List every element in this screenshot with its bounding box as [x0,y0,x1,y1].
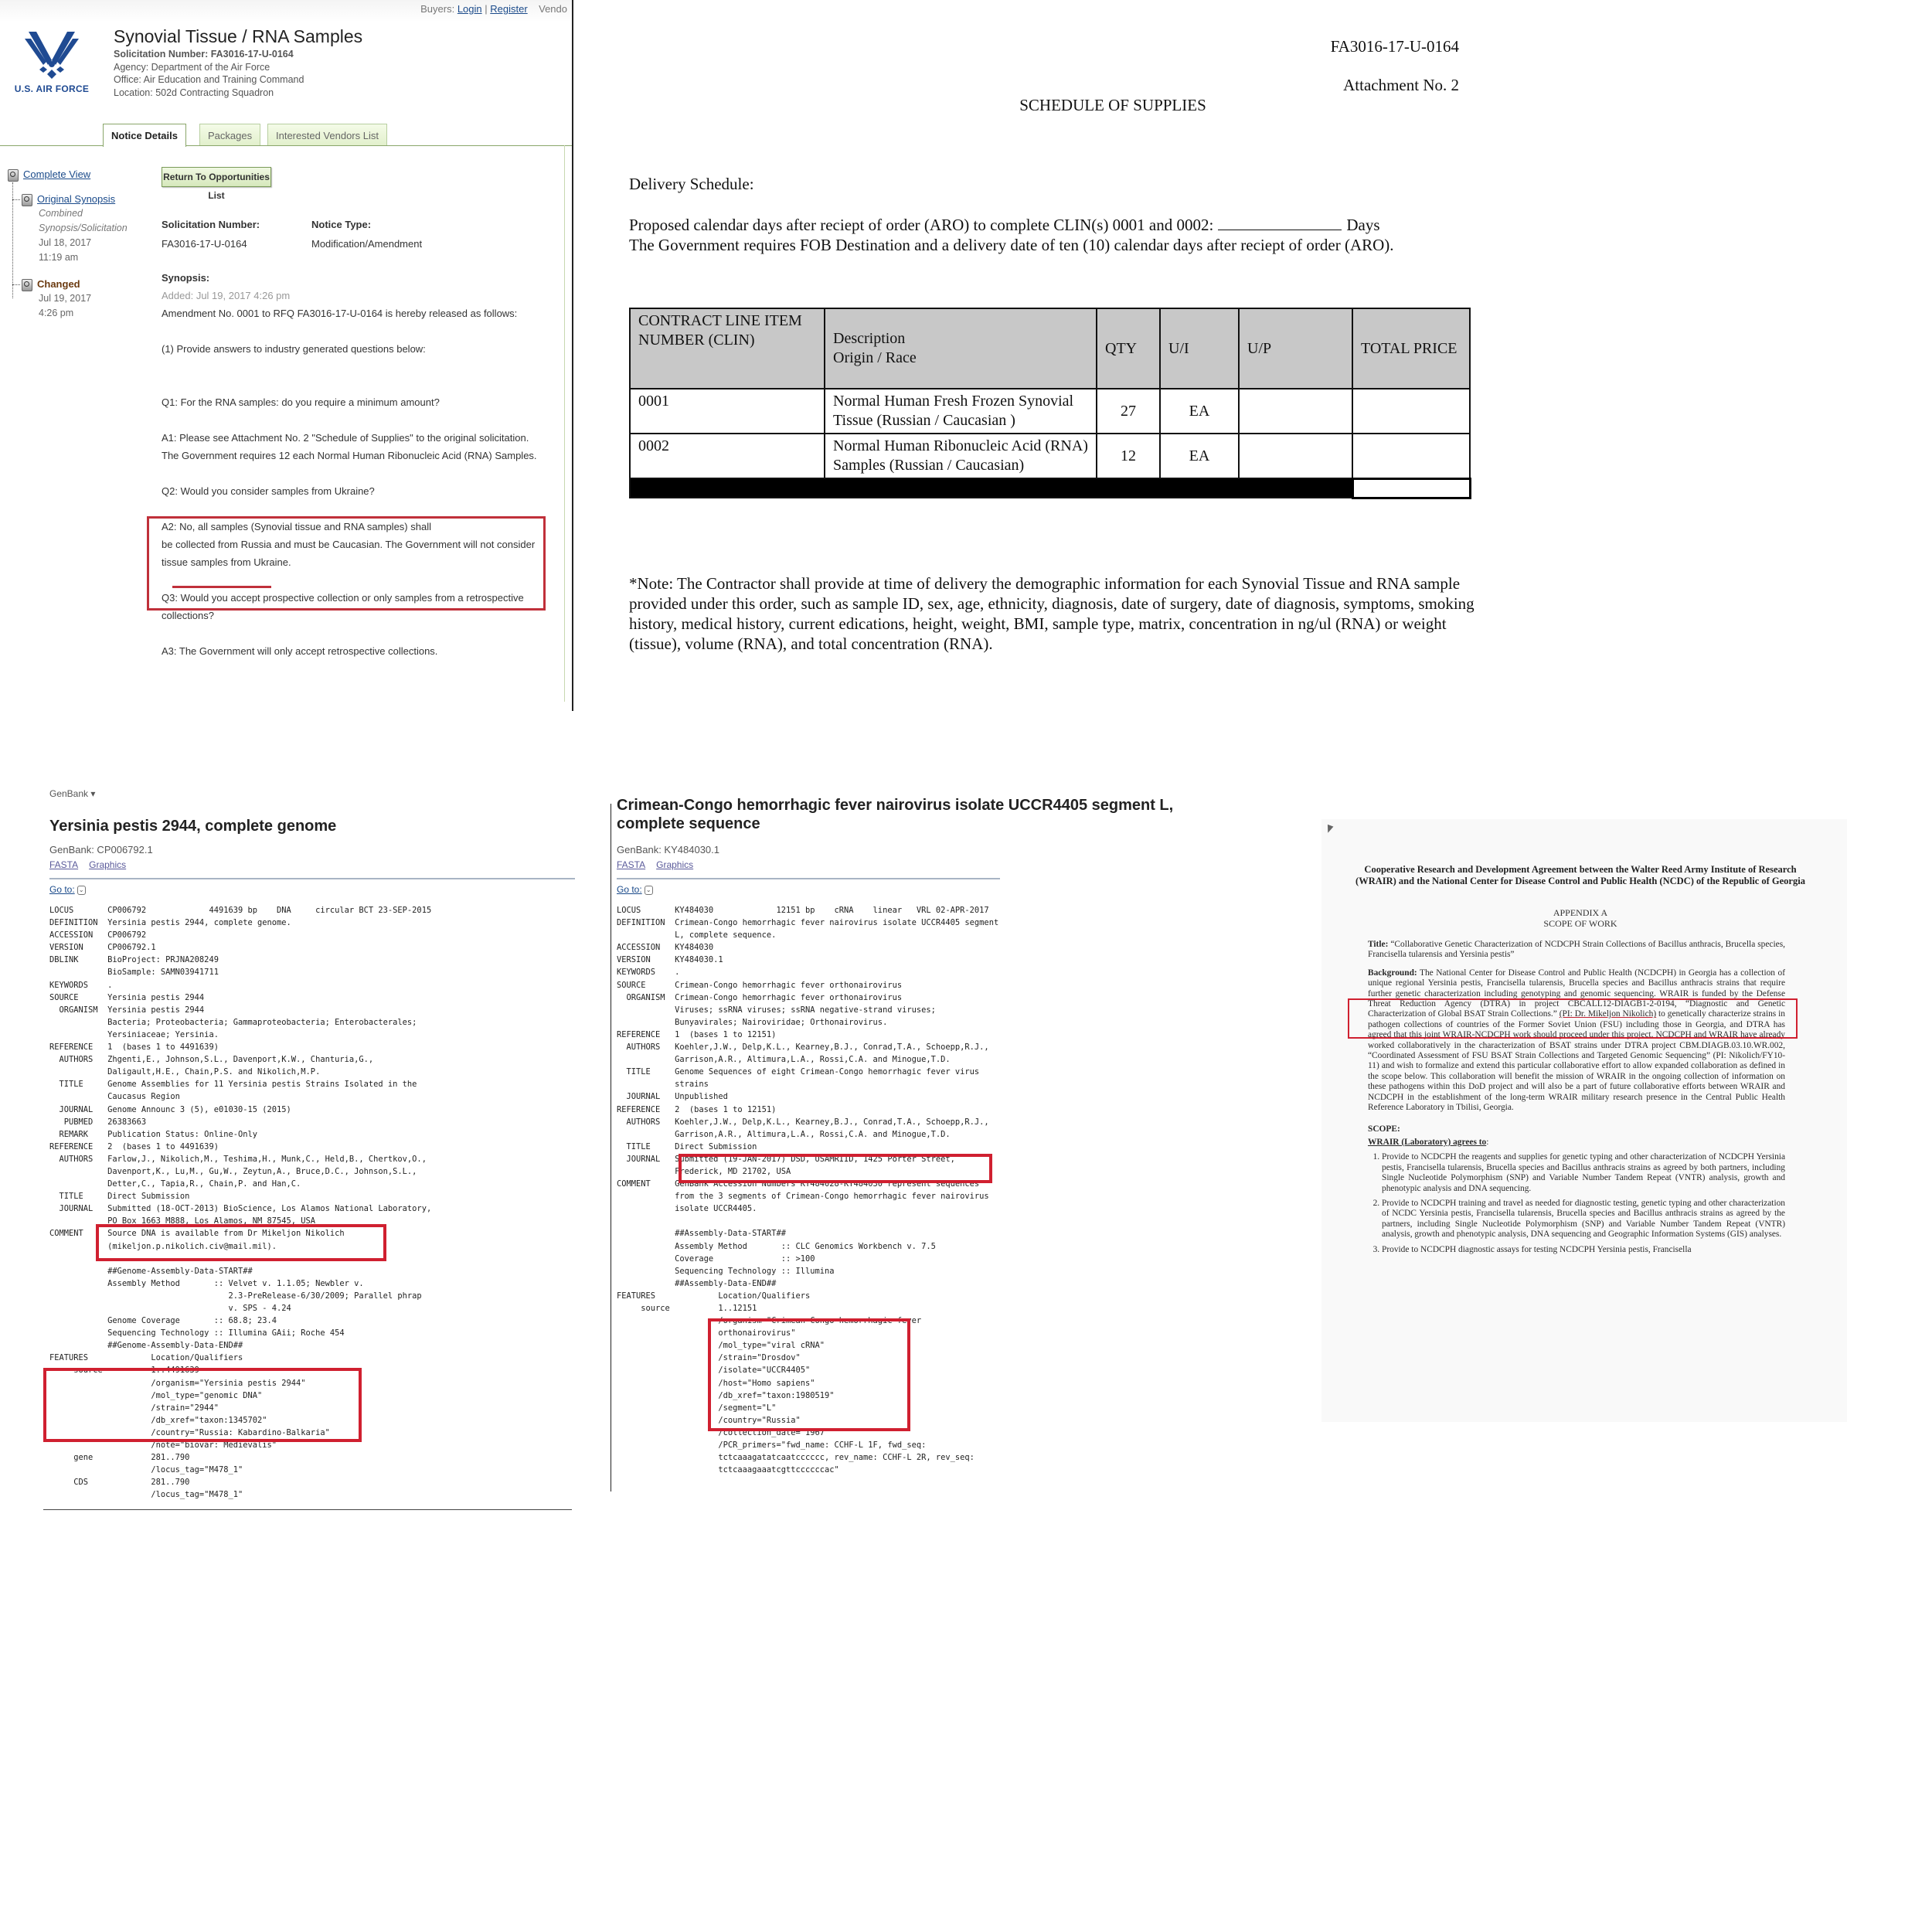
added-timestamp: Added: Jul 19, 2017 4:26 pm [162,287,548,304]
graphics-link[interactable]: Graphics [656,859,693,870]
login-link[interactable]: Login [457,3,482,15]
original-time: 11:19 am [39,252,78,263]
goto-menu[interactable]: Go to:⌄ [617,884,653,895]
crada-title-para: Title: “Collaborative Genetic Characteri… [1368,940,1785,961]
total-cell [1352,434,1470,478]
solicitation-number-label: Solicitation Number: [162,219,260,230]
changed-time: 4:26 pm [39,308,73,318]
tab-notice-details[interactable]: Notice Details [103,124,186,147]
q2-text: Q2: Would you consider samples from Ukra… [162,482,548,500]
amendment-text: Amendment No. 0001 to RFQ FA3016-17-U-01… [162,304,548,322]
scope-items: Provide to NCDCPH the reagents and suppl… [1368,1152,1785,1255]
bottom-rule [43,1509,572,1510]
fasta-link[interactable]: FASTA [617,859,645,870]
ui-cell: EA [1160,389,1239,434]
original-synopsis-link[interactable]: Original Synopsis [37,193,115,205]
highlight-box-dtra [1348,998,1798,1039]
table-row: 0002 Normal Human Ribonucleic Acid (RNA)… [630,434,1470,478]
tab-interested-vendors[interactable]: Interested Vendors List [267,124,387,145]
clin-cell: 0002 [630,434,825,478]
divider [49,878,575,879]
record-title: Yersinia pestis 2944, complete genome [49,818,336,835]
schedule-of-supplies-doc: FA3016-17-U-0164 Attachment No. 2 SCHEDU… [618,0,1499,696]
solicitation-line: Solicitation Number: FA3016-17-U-0164 [114,48,304,61]
description-cell: Normal Human Fresh Frozen Synovial Tissu… [825,389,1097,434]
crada-document-scan: Cooperative Research and Development Agr… [1321,819,1847,1422]
scope-label: SCOPE: [1368,1124,1400,1134]
proposed-line: Proposed calendar days after reciept of … [629,216,1213,234]
schedule-title: SCHEDULE OF SUPPLIES [618,96,1499,115]
accession-line: GenBank: KY484030.1 [617,844,719,855]
return-to-opportunities-button[interactable]: Return To Opportunities List [162,167,271,187]
fasta-link[interactable]: FASTA [49,859,78,870]
attachment-label: Attachment No. 2 [1343,76,1459,95]
scope-item: Provide to NCDCPH the reagents and suppl… [1382,1152,1785,1194]
scope-item: Provide to NCDCPH diagnostic assays for … [1382,1245,1785,1255]
magnifier-doc-icon [22,279,32,291]
ui-cell: EA [1160,434,1239,478]
header-description-line2: Origin / Race [833,349,917,366]
tree-item-changed: Changed Jul 19, 2017 4:26 pm [22,278,91,321]
blackout-bar [630,478,1352,498]
tree-item-complete-view: Complete View [8,168,90,182]
changed-label: Changed [37,278,80,290]
table-row: 0001 Normal Human Fresh Frozen Synovial … [630,389,1470,434]
buyers-label: Buyers: [420,3,454,15]
genbank-yersinia-panel: GenBank ▾ Yersinia pestis 2944, complete… [46,788,580,1522]
original-synopsis-details: Combined Synopsis/Solicitation Jul 18, 2… [39,206,128,265]
total-cell [1352,389,1470,434]
appendix-heading: APPENDIX A SCOPE OF WORK [1352,907,1808,929]
chevron-down-icon: ⌄ [645,886,653,895]
chevron-down-icon: ⌄ [77,886,86,895]
air-force-logo: U.S. AIR FORCE [9,28,94,86]
fob-line: The Government requires FOB Destination … [629,236,1394,254]
delivery-text: Proposed calendar days after reciept of … [629,215,1394,255]
panel-divider [611,804,611,1492]
notice-tabs: Notice Details Packages Interested Vendo… [0,122,572,146]
original-type: Combined [39,208,83,219]
header-ui: U/I [1160,308,1239,389]
notice-type-value: Modification/Amendment [311,238,422,250]
demographic-note: *Note: The Contractor shall provide at t… [629,573,1487,654]
format-links: FASTAGraphics [617,859,704,870]
doc-solicitation-number: FA3016-17-U-0164 [1331,37,1459,56]
header-up: U/P [1239,308,1352,389]
item-1-text: (1) Provide answers to industry generate… [162,340,548,358]
qty-cell: 27 [1097,389,1160,434]
accession-line: GenBank: CP006792.1 [49,844,153,855]
caret-down-icon: ▾ [90,788,95,799]
highlight-box-source [43,1368,362,1442]
record-title: Crimean-Congo hemorrhagic fever nairovir… [617,796,1212,833]
header-total-price: TOTAL PRICE [1352,308,1470,389]
highlight-underline-russia [172,586,271,588]
notice-type-field: Notice Type: Modification/Amendment [311,219,422,250]
goto-label: Go to: [617,884,642,895]
qty-cell: 12 [1097,434,1160,478]
genbank-cchf-panel: Crimean-Congo hemorrhagic fever nairovir… [611,796,1229,1492]
changed-date: Jul 19, 2017 [39,293,91,304]
database-dropdown[interactable]: GenBank ▾ [49,788,95,799]
office-line: Office: Air Education and Training Comma… [114,73,304,87]
title-label: Title: [1368,940,1388,949]
header-description: Description Origin / Race [825,308,1097,389]
buyers-links: Buyers: Login | Register Vendo [420,3,567,15]
tab-packages[interactable]: Packages [199,124,260,145]
header-qty: QTY [1097,308,1160,389]
divider [617,878,1000,879]
air-force-wordmark: U.S. AIR FORCE [9,83,94,94]
notice-meta: Solicitation Number: FA3016-17-U-0164 Ag… [114,48,304,99]
days-label: Days [1346,216,1379,234]
format-links: FASTAGraphics [49,859,137,870]
magnifier-doc-icon [22,194,32,206]
notice-title: Synovial Tissue / RNA Samples [114,26,362,47]
up-cell [1239,389,1352,434]
content-border [564,145,565,702]
solicitation-number-value: FA3016-17-U-0164 [162,238,247,250]
background-label: Background: [1368,968,1417,978]
complete-view-link[interactable]: Complete View [23,168,90,180]
tree-item-original-synopsis: Original Synopsis Combined Synopsis/Soli… [22,193,128,265]
top-bar: Buyers: Login | Register Vendo [0,0,572,22]
description-cell: Normal Human Ribonucleic Acid (RNA) Samp… [825,434,1097,478]
scope-of-work-label: SCOPE OF WORK [1352,918,1808,929]
grand-total-cell [1352,478,1470,498]
notice-type-label: Notice Type: [311,219,422,230]
location-line: Location: 502d Contracting Squadron [114,87,304,100]
synopsis-label: Synopsis: [162,269,548,287]
fbo-notice-panel: Buyers: Login | Register Vendo U.S. AIR … [0,0,572,711]
goto-menu[interactable]: Go to:⌄ [49,884,86,895]
clin-table: CONTRACT LINE ITEM NUMBER (CLIN) Descrip… [629,308,1471,499]
goto-label: Go to: [49,884,75,895]
highlight-box-source [708,1318,910,1431]
appendix-label: APPENDIX A [1352,907,1808,918]
scope-item: Provide to NCDCPH training and travel as… [1382,1199,1785,1240]
changed-details: Jul 19, 2017 4:26 pm [39,291,91,321]
highlight-box-comment [96,1224,386,1261]
a3-text: A3: The Government will only accept retr… [162,642,548,660]
crada-heading: Cooperative Research and Development Agr… [1352,864,1808,887]
days-blank [1218,216,1342,230]
title-text: “Collaborative Genetic Characterization … [1368,940,1785,959]
clin-cell: 0001 [630,389,825,434]
highlight-box-q2 [147,516,546,611]
database-label: GenBank [49,788,88,799]
agrees-label: WRAIR (Laboratory) agrees to [1368,1138,1486,1147]
register-link[interactable]: Register [490,3,527,15]
solicitation-number-field: Solicitation Number: FA3016-17-U-0164 [162,219,260,250]
graphics-link[interactable]: Graphics [89,859,126,870]
background-para: Background: The National Center for Dise… [1368,968,1785,1114]
q1-text: Q1: For the RNA samples: do you require … [162,393,548,411]
vendors-label: Vendo [539,3,567,15]
table-total-row [630,478,1470,498]
header-clin: CONTRACT LINE ITEM NUMBER (CLIN) [630,308,825,389]
magnifier-doc-icon [8,169,19,182]
original-date: Jul 18, 2017 [39,237,91,248]
agency-line: Agency: Department of the Air Force [114,61,304,74]
a1-text: A1: Please see Attachment No. 2 "Schedul… [162,429,548,464]
highlight-box-journal [679,1154,992,1183]
header-description-line1: Description [833,330,905,347]
original-type-2: Synopsis/Solicitation [39,223,128,233]
delivery-heading: Delivery Schedule: [629,175,754,194]
up-cell [1239,434,1352,478]
crada-body: Title: “Collaborative Genetic Characteri… [1368,940,1785,1260]
table-header-row: CONTRACT LINE ITEM NUMBER (CLIN) Descrip… [630,308,1470,389]
panel-divider [572,0,573,711]
scan-mark [1325,825,1334,834]
air-force-wings-icon [9,28,94,82]
